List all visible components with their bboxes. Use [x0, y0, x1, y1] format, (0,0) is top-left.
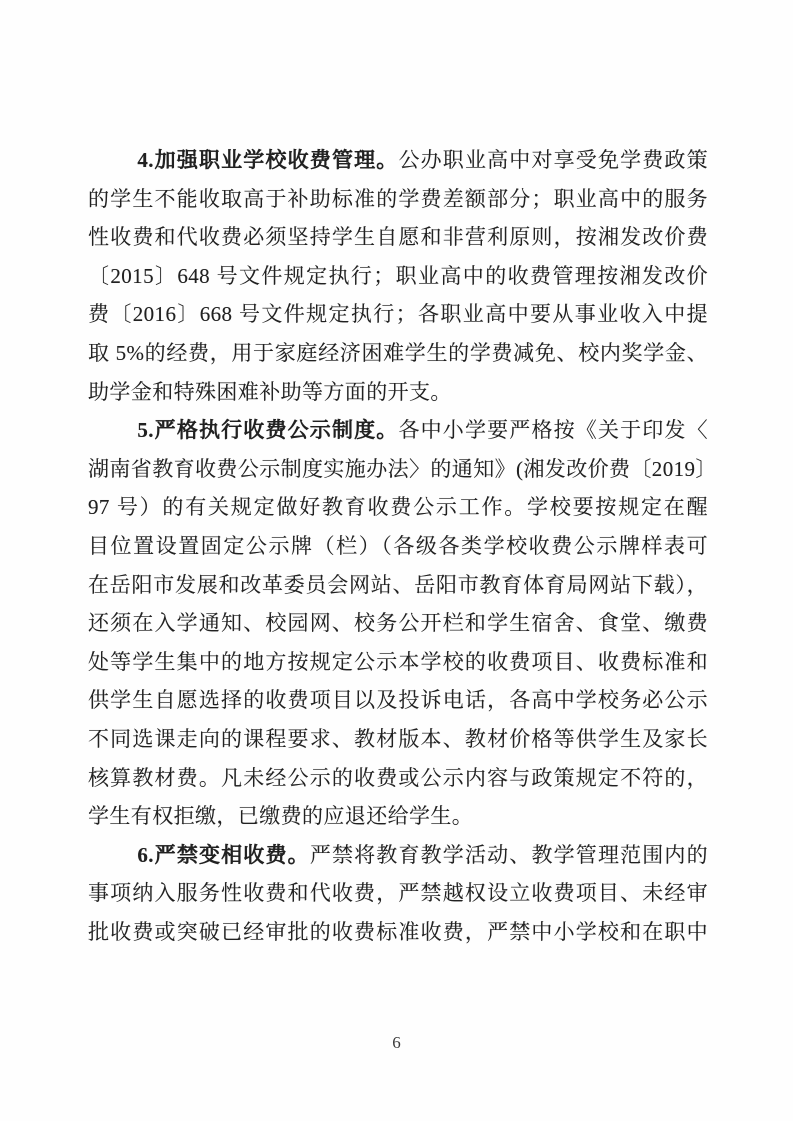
- text-line: 学生有权拒缴，已缴费的应退还给学生。: [88, 797, 708, 836]
- document-body: 4.加强职业学校收费管理。公办职业高中对享受免学费政策的学生不能收取高于补助标准…: [88, 141, 708, 951]
- text-line: 费〔2016〕668 号文件规定执行；各职业高中要从事业收入中提: [88, 295, 708, 334]
- text-line: 湖南省教育收费公示制度实施办法〉的通知》(湘发改价费〔2019〕: [88, 450, 708, 489]
- text-line: 供学生自愿选择的收费项目以及投诉电话，各高中学校务必公示: [88, 681, 708, 720]
- text-line: 〔2015〕648 号文件规定执行；职业高中的收费管理按湘发改价: [88, 257, 708, 296]
- text-line: 目位置设置固定公示牌（栏）（各级各类学校收费公示牌样表可: [88, 527, 708, 566]
- text-line: 核算教材费。凡未经公示的收费或公示内容与政策规定不符的，: [88, 759, 708, 798]
- text-line: 的学生不能收取高于补助标准的学费差额部分；职业高中的服务: [88, 180, 708, 219]
- text-line: 6.严禁变相收费。严禁将教育教学活动、教学管理范围内的: [88, 836, 708, 875]
- paragraph-item-6-disguised-fees-forbidden: 6.严禁变相收费。严禁将教育教学活动、教学管理范围内的事项纳入服务性收费和代收费…: [88, 836, 708, 952]
- paragraph-lead: 5.严格执行收费公示制度。: [137, 418, 398, 442]
- paragraph-lead: 4.加强职业学校收费管理。: [137, 148, 398, 172]
- text-line: 性收费和代收费必须坚持学生自愿和非营利原则，按湘发改价费: [88, 218, 708, 257]
- paragraph-item-5-fee-publicity-system: 5.严格执行收费公示制度。各中小学要严格按《关于印发〈湖南省教育收费公示制度实施…: [88, 411, 708, 836]
- text-line: 5.严格执行收费公示制度。各中小学要严格按《关于印发〈: [88, 411, 708, 450]
- text-line: 取 5%的经费，用于家庭经济困难学生的学费减免、校内奖学金、: [88, 334, 708, 373]
- text-line: 4.加强职业学校收费管理。公办职业高中对享受免学费政策: [88, 141, 708, 180]
- text-line: 还须在入学通知、校园网、校务公开栏和学生宿舍、食堂、缴费: [88, 604, 708, 643]
- text-line: 处等学生集中的地方按规定公示本学校的收费项目、收费标准和: [88, 643, 708, 682]
- text-line: 批收费或突破已经审批的收费标准收费，严禁中小学校和在职中: [88, 913, 708, 952]
- text-line: 助学金和特殊困难补助等方面的开支。: [88, 373, 708, 412]
- document-page: 4.加强职业学校收费管理。公办职业高中对享受免学费政策的学生不能收取高于补助标准…: [0, 0, 793, 1121]
- text-line: 不同选课走向的课程要求、教材版本、教材价格等供学生及家长: [88, 720, 708, 759]
- text-line: 在岳阳市发展和改革委员会网站、岳阳市教育体育局网站下载），: [88, 566, 708, 605]
- page-number: 6: [0, 1033, 793, 1053]
- paragraph-lead: 6.严禁变相收费。: [137, 843, 309, 867]
- text-line: 97 号）的有关规定做好教育收费公示工作。学校要按规定在醒: [88, 488, 708, 527]
- text-line: 事项纳入服务性收费和代收费，严禁越权设立收费项目、未经审: [88, 874, 708, 913]
- paragraph-item-4-vocational-school-fees: 4.加强职业学校收费管理。公办职业高中对享受免学费政策的学生不能收取高于补助标准…: [88, 141, 708, 411]
